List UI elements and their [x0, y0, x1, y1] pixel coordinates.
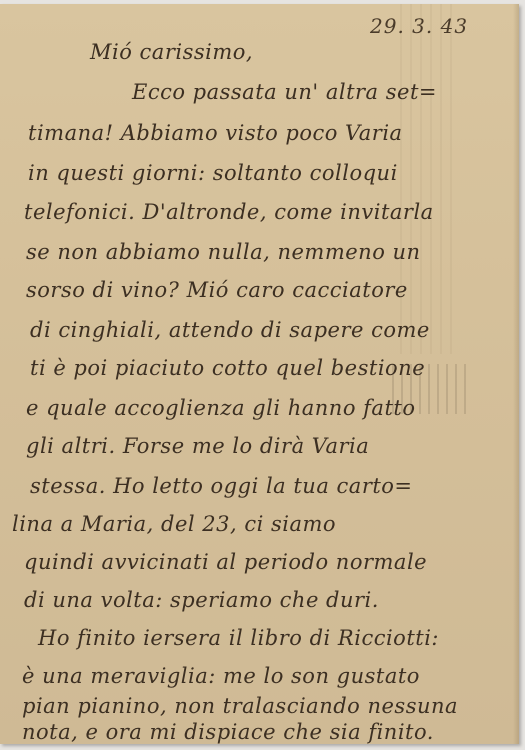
letter-line: stessa. Ho letto oggi la tua carto= [30, 474, 413, 498]
letter-line: se non abbiamo nulla, nemmeno un [26, 240, 421, 264]
letter-line: sorso di vino? Mió caro cacciatore [26, 278, 408, 302]
letter-line: Ecco passata un' altra set= [132, 80, 437, 104]
letter-line: timana! Abbiamo visto poco Varia [28, 121, 403, 145]
letter-page: 29. 3. 43 Mió carissimo, Ecco passata un… [0, 4, 519, 744]
letter-date: 29. 3. 43 [370, 14, 468, 38]
postmark-stripes [400, 4, 460, 354]
letter-line: di una volta: speriamo che duri. [24, 588, 379, 612]
letter-line: telefonici. D'altronde, come invitarla [24, 200, 434, 224]
letter-line: nota, e ora mi dispiace che sia finito. [22, 720, 434, 744]
letter-line: è una meraviglia: me lo son gustato [22, 664, 420, 688]
salutation: Mió carissimo, [90, 40, 253, 64]
letter-line: e quale accoglienza gli hanno fatto [26, 396, 415, 420]
letter-line: Ho finito iersera il libro di Ricciotti: [38, 626, 439, 650]
letter-line: quindi avvicinati al periodo normale [24, 550, 427, 574]
letter-line: in questi giorni: soltanto colloqui [28, 161, 398, 185]
letter-line: di cinghiali, attendo di sapere come [30, 318, 430, 342]
letter-line: pian pianino, non tralasciando nessuna [22, 694, 458, 718]
letter-line: gli altri. Forse me lo dirà Varia [26, 434, 369, 458]
letter-line: ti è poi piaciuto cotto quel bestione [30, 356, 425, 380]
letter-line: lina a Maria, del 23, ci siamo [12, 512, 336, 536]
